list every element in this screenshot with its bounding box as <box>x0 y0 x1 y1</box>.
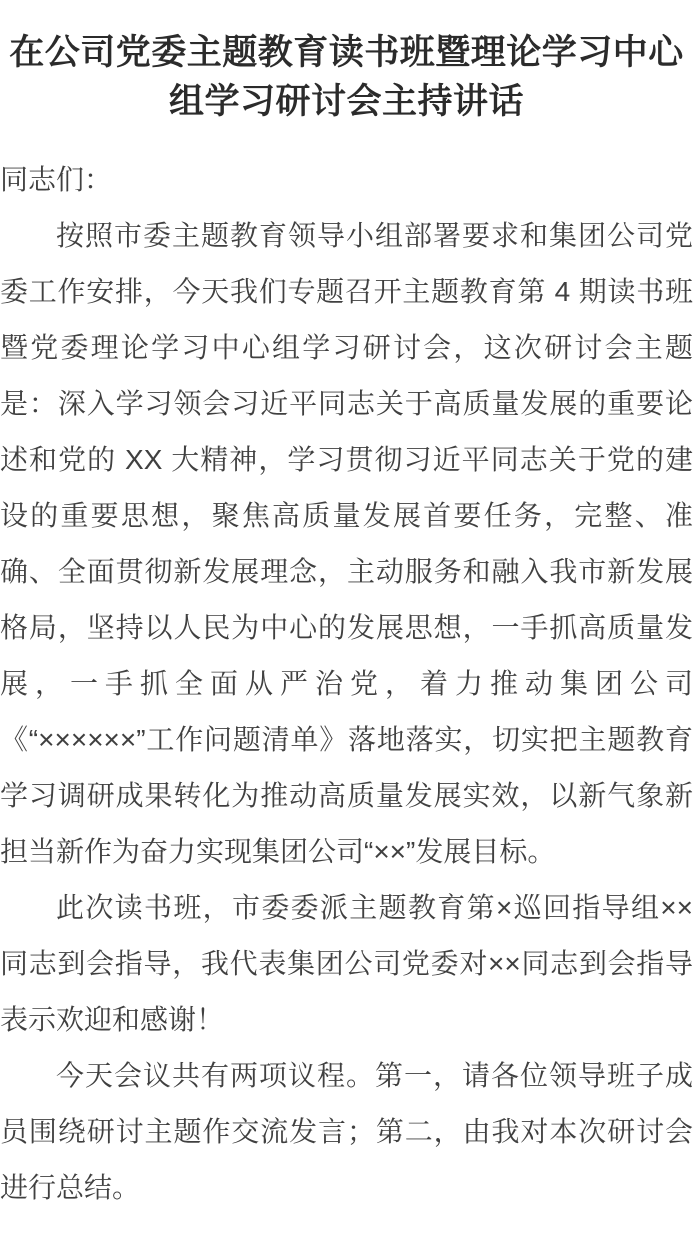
paragraph-agenda: 今天会议共有两项议程。第一，请各位领导班子成员围绕研讨主题作交流发言；第二，由我… <box>0 1048 693 1216</box>
paragraph-opening: 按照市委主题教育领导小组部署要求和集团公司党委工作安排，今天我们专题召开主题教育… <box>0 208 693 880</box>
paragraph-guidance-group: 此次读书班，市委委派主题教育第×巡回指导组××同志到会指导，我代表集团公司党委对… <box>0 880 693 1048</box>
document-title: 在公司党委主题教育读书班暨理论学习中心组学习研讨会主持讲话 <box>8 28 685 126</box>
salutation-line: 同志们： <box>0 152 693 208</box>
document-page: 在公司党委主题教育读书班暨理论学习中心组学习研讨会主持讲话 同志们： 按照市委主… <box>0 0 693 1256</box>
